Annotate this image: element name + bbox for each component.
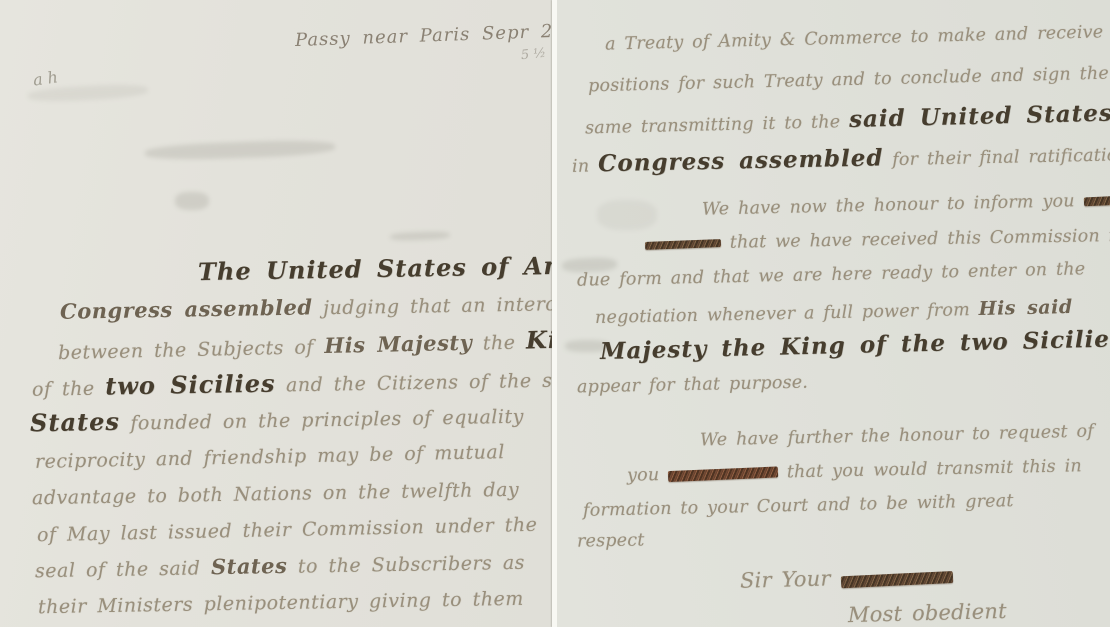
line-text: founded on the principles of equality xyxy=(120,406,524,435)
manuscript-page-left: Passy near Paris Sepr 22d 1784 a h 5 ½ T… xyxy=(0,0,553,627)
handwritten-line: you that you would transmit this in xyxy=(627,453,1082,489)
line-text: States xyxy=(211,553,288,579)
handwritten-line: We have now the honour to inform you xyxy=(702,187,1110,222)
line-text: the xyxy=(472,331,526,354)
handwritten-line: a Treaty of Amity & Commerce to make and… xyxy=(605,18,1110,57)
line-text: advantage to both Nations on the twelfth… xyxy=(32,479,520,509)
handwritten-line: Congress assembled judging that an inter… xyxy=(60,289,613,327)
line-text: formation to your Court and to be with g… xyxy=(583,491,1014,521)
line-text: appear for that purpose. xyxy=(577,373,808,398)
line-text: positions for such Treaty and to conclud… xyxy=(588,64,1109,97)
bleed-through-mark xyxy=(175,192,209,210)
handwritten-line: Majesty the King of the two Sicilies sha… xyxy=(600,325,1110,367)
handwritten-line: advantage to both Nations on the twelfth… xyxy=(32,477,520,512)
handwritten-line: reciprocity and friendship may be of mut… xyxy=(35,439,505,476)
handwritten-line: of the two Sicilies and the Citizens of … xyxy=(32,365,584,404)
line-text: We have further the honour to request of xyxy=(700,422,1094,451)
line-text: Most obedient xyxy=(848,599,1007,627)
line-text: to the Subscribers as xyxy=(287,552,525,578)
handwritten-line: due form and that we are here ready to e… xyxy=(577,256,1086,294)
redaction-scribble xyxy=(668,466,778,482)
line-text: a Treaty of Amity & Commerce to make and… xyxy=(605,21,1110,54)
handwritten-line: We have further the honour to request of xyxy=(700,419,1094,454)
line-text: two Sicilies xyxy=(105,369,276,401)
line-text: and the Citizens of the said xyxy=(275,369,583,396)
line-text: reciprocity and friendship may be of mut… xyxy=(35,441,505,473)
line-text: His Majesty xyxy=(324,330,473,358)
archival-note: a h xyxy=(31,64,59,93)
handwritten-line: that we have received this Commission in xyxy=(645,223,1110,257)
line-text: Sir Your xyxy=(740,566,841,593)
manuscript-scan: Passy near Paris Sepr 22d 1784 a h 5 ½ T… xyxy=(0,0,1110,627)
line-text: We have now the honour to inform you xyxy=(702,191,1084,220)
line-text: of May last issued their Commission unde… xyxy=(37,514,538,546)
line-text: that you would transmit this in xyxy=(778,456,1082,482)
line-text: you xyxy=(627,465,668,486)
handwritten-line: Sir Your xyxy=(740,562,953,596)
line-text: States xyxy=(30,407,120,438)
line-text: between the Subjects of xyxy=(58,336,325,364)
manuscript-page-right: a Treaty of Amity & Commerce to make and… xyxy=(557,0,1110,627)
handwritten-line: Most obedient xyxy=(848,598,1007,627)
handwritten-line: formation to your Court and to be with g… xyxy=(583,488,1014,524)
line-text: that we have received this Commission in xyxy=(721,226,1110,253)
line-text: in xyxy=(572,156,598,177)
handwritten-line: positions for such Treaty and to conclud… xyxy=(588,61,1109,100)
line-text: of the xyxy=(32,378,106,401)
handwritten-line: between the Subjects of His Majesty the … xyxy=(58,326,595,367)
line-text: Congress assembled xyxy=(60,294,313,323)
handwritten-line: respect xyxy=(577,527,645,554)
line-text: respect xyxy=(577,530,645,551)
handwritten-line: same transmitting it to the said United … xyxy=(585,101,1110,142)
handwritten-line: negotiation whenever a full power from H… xyxy=(595,294,1073,331)
redaction-scribble xyxy=(840,571,952,588)
redaction-scribble xyxy=(645,239,721,250)
line-text: Congress assembled xyxy=(598,144,884,177)
line-text: Majesty the King of the two Sicilies xyxy=(600,325,1110,365)
line-text: due form and that we are here ready to e… xyxy=(577,259,1086,291)
handwritten-line: States founded on the principles of equa… xyxy=(30,402,524,440)
handwritten-line: their Ministers plenipotentiary giving t… xyxy=(38,586,524,621)
bleed-through-mark xyxy=(597,200,657,230)
line-text: seal of the said xyxy=(35,557,211,582)
bleed-through-mark xyxy=(145,139,335,162)
bleed-through-mark xyxy=(390,231,450,241)
redaction-scribble xyxy=(1083,196,1110,206)
margin-note: 5 ½ xyxy=(520,41,548,69)
line-text: said United States xyxy=(849,100,1110,133)
line-text: same transmitting it to the xyxy=(585,112,849,138)
handwritten-line: in Congress assembled for their final ra… xyxy=(572,140,1110,180)
line-text: for their final ratification xyxy=(883,145,1110,170)
handwritten-line: appear for that purpose. xyxy=(577,370,809,401)
archival-note-text: a h xyxy=(32,67,59,89)
margin-note-text: 5 ½ xyxy=(520,46,546,64)
handwritten-line: seal of the said States to the Subscribe… xyxy=(35,549,525,586)
line-text: their Ministers plenipotentiary giving t… xyxy=(38,588,524,618)
handwritten-line: of May last issued their Commission unde… xyxy=(37,512,538,549)
line-text: His said xyxy=(978,296,1072,320)
line-text: negotiation whenever a full power from xyxy=(595,300,979,328)
